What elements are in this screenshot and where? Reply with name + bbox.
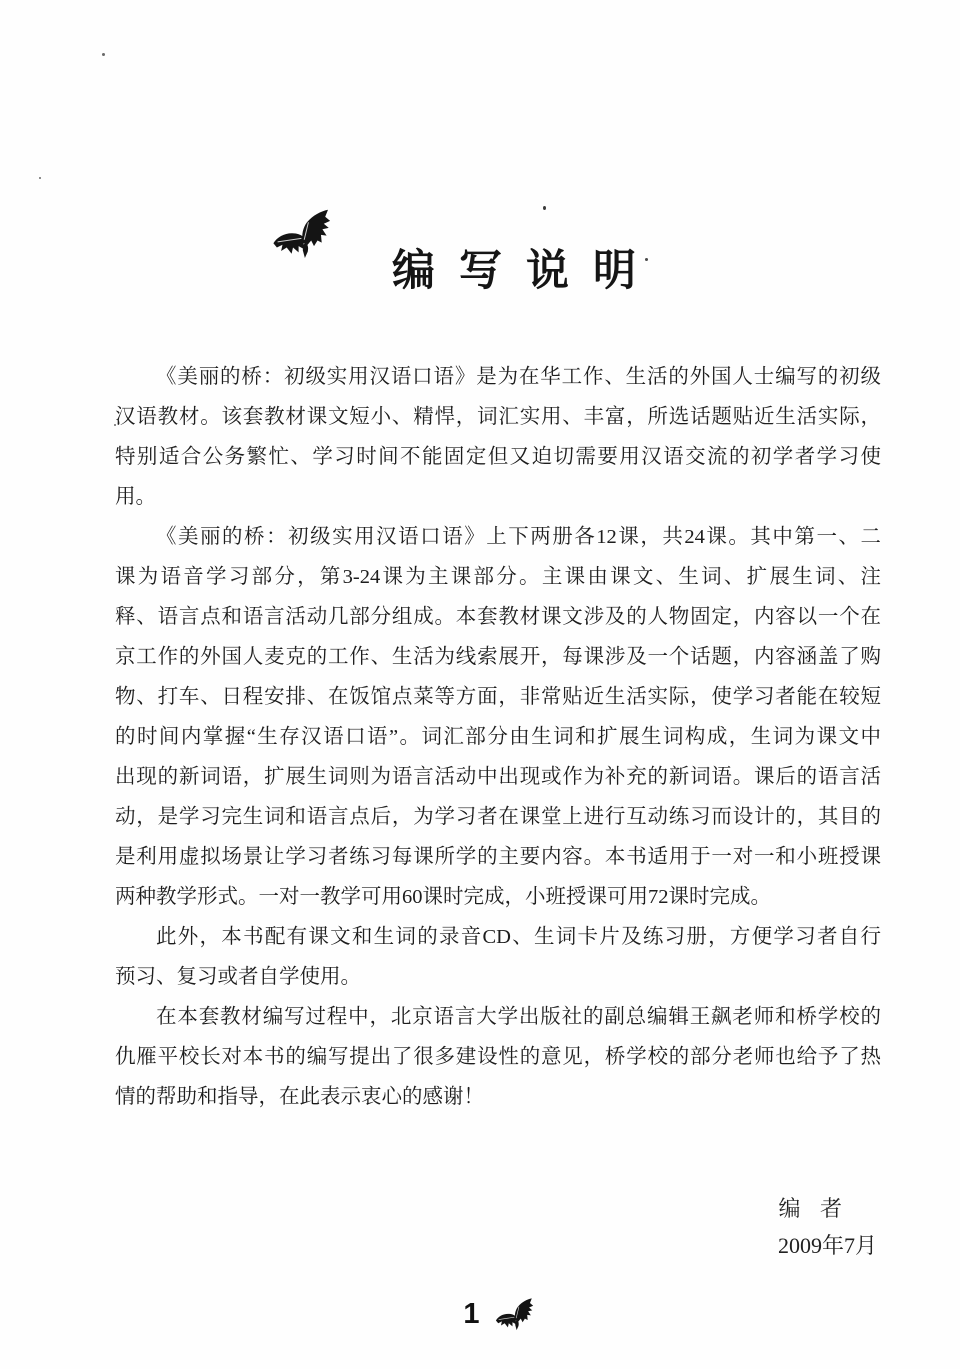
text-line: 仇雁平校长对本书的编写提出了很多建设性的意见，桥学校的部分老师也给予了热 <box>115 1037 881 1077</box>
signature-date: 2009年7月 <box>778 1227 877 1264</box>
scan-noise-dot <box>102 53 105 56</box>
text-line: 预习、复习或者自学使用。 <box>115 957 881 997</box>
page-number: 1 <box>463 1298 479 1331</box>
page-title: 编写说明 <box>392 237 660 298</box>
text-line: 用。 <box>115 477 881 517</box>
leaf-ornament-icon <box>272 202 342 265</box>
text-line: 物、打车、日程安排、在饭馆点菜等方面，非常贴近生活实际，使学习者能在较短 <box>115 677 881 717</box>
body-text: 《美丽的桥：初级实用汉语口语》是为在华工作、生活的外国人士编写的初级汉语教材。该… <box>115 357 881 1117</box>
scan-noise-dot <box>543 206 546 210</box>
scan-noise-dot <box>114 424 116 426</box>
signature-block: 编 者 2009年7月 <box>778 1190 877 1264</box>
text-line: 《美丽的桥：初级实用汉语口语》是为在华工作、生活的外国人士编写的初级 <box>115 357 881 397</box>
signature-author: 编 者 <box>778 1190 849 1227</box>
text-line: 动，是学习完生词和语言点后，为学习者在课堂上进行互动练习而设计的，其目的 <box>115 797 881 837</box>
scan-noise-dot <box>645 258 648 261</box>
text-line: 京工作的外国人麦克的工作、生活为线索展开，每课涉及一个话题，内容涵盖了购 <box>115 637 881 677</box>
text-line: 出现的新词语，扩展生词则为语言活动中出现或作为补充的新词语。课后的语言活 <box>115 757 881 797</box>
scanned-page: 编写说明 《美丽的桥：初级实用汉语口语》是为在华工作、生活的外国人士编写的初级汉… <box>0 0 960 1369</box>
page-footer: 1 <box>22 1294 960 1334</box>
text-line: 是利用虚拟场景让学习者练习每课所学的主要内容。本书适用于一对一和小班授课 <box>115 837 881 877</box>
text-line: 特别适合公务繁忙、学习时间不能固定但又迫切需要用汉语交流的初学者学习使 <box>115 437 881 477</box>
scan-noise-dot <box>39 177 41 179</box>
text-line: 两种教学形式。一对一教学可用60课时完成，小班授课可用72课时完成。 <box>115 877 881 917</box>
text-line: 汉语教材。该套教材课文短小、精悍，词汇实用、丰富，所选话题贴近生活实际， <box>115 397 881 437</box>
text-line: 释、语言点和语言活动几部分组成。本套教材课文涉及的人物固定，内容以一个在 <box>115 597 881 637</box>
text-line: 课为语音学习部分，第3-24课为主课部分。主课由课文、生词、扩展生词、注 <box>115 557 881 597</box>
text-line: 在本套教材编写过程中，北京语言大学出版社的副总编辑王飙老师和桥学校的 <box>115 997 881 1037</box>
text-line: 的时间内掌握“生存汉语口语”。词汇部分由生词和扩展生词构成，生词为课文中 <box>115 717 881 757</box>
leaf-ornament-icon <box>495 1294 541 1334</box>
text-line: 《美丽的桥：初级实用汉语口语》上下两册各12课，共24课。其中第一、二 <box>115 517 881 557</box>
text-line: 情的帮助和指导，在此表示衷心的感谢！ <box>115 1077 881 1117</box>
text-line: 此外，本书配有课文和生词的录音CD、生词卡片及练习册，方便学习者自行 <box>115 917 881 957</box>
